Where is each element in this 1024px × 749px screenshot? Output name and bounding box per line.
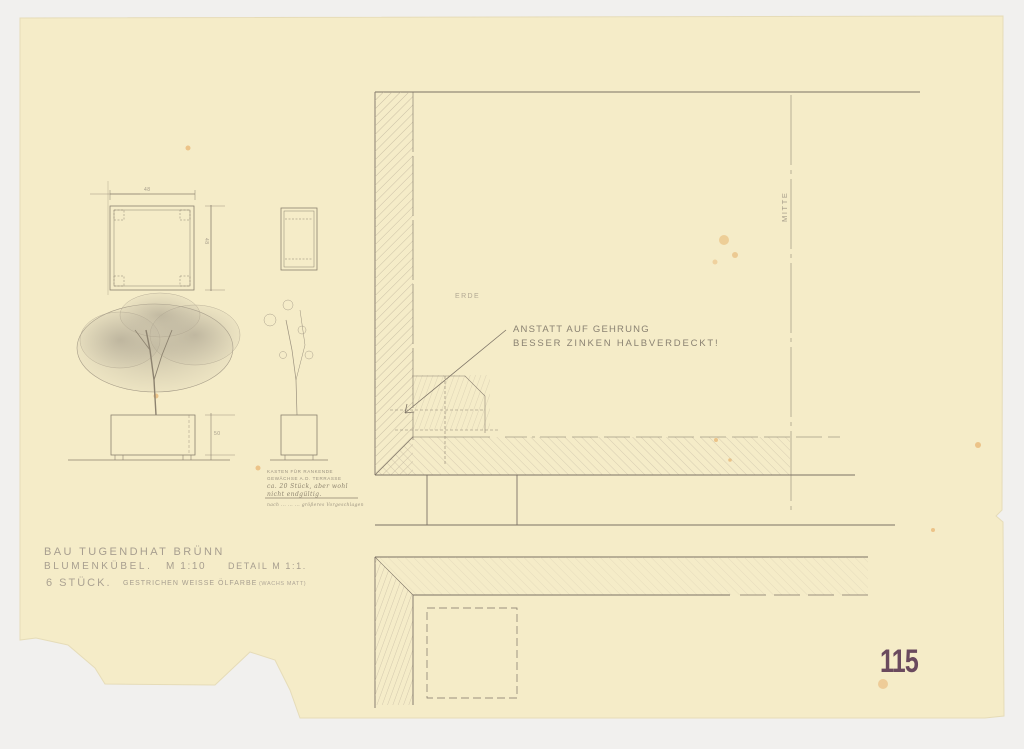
planter-note-line4: nicht endgültig. xyxy=(267,491,322,498)
dimension-plan-depth: 48 xyxy=(203,238,209,245)
quantity-label: 6 STÜCK. xyxy=(46,577,112,589)
finish-label: GESTRICHEN WEISSE ÖLFARBE xyxy=(123,580,257,587)
planter-note-line1: KASTEN FÜR RANKENDE xyxy=(267,469,333,474)
dimension-plan-width: 48 xyxy=(144,187,151,193)
sheet-number-stamp: 115 xyxy=(880,643,918,680)
project-title: BAU TUGENDHAT BRÜNN xyxy=(44,546,225,558)
drawing-canvas xyxy=(0,0,1024,749)
drawing-subject: BLUMENKÜBEL. xyxy=(44,561,152,572)
planter-note-line5: nach ... ... ... größeres Vorgeschlagen xyxy=(267,503,364,508)
scale-main: M 1:10 xyxy=(166,561,206,572)
scale-detail: DETAIL M 1:1. xyxy=(228,561,307,571)
joint-note-line2: BESSER ZINKEN HALBVERDECKT! xyxy=(513,338,719,349)
dimension-box-height: 50 xyxy=(214,431,221,437)
erde-label: ERDE xyxy=(455,293,480,300)
finish-note: (WACHS MATT) xyxy=(259,581,306,587)
joint-note-line1: ANSTATT AUF GEHRUNG xyxy=(513,324,650,335)
planter-note-line2: GEWÄCHSE A.D. TERRASSE xyxy=(267,476,342,481)
planter-note-line3: ca. 20 Stück, aber wohl xyxy=(267,483,348,490)
drawing-sheet: BAU TUGENDHAT BRÜNN BLUMENKÜBEL. M 1:10 … xyxy=(0,0,1024,749)
mitte-label: MITTE xyxy=(780,192,789,223)
